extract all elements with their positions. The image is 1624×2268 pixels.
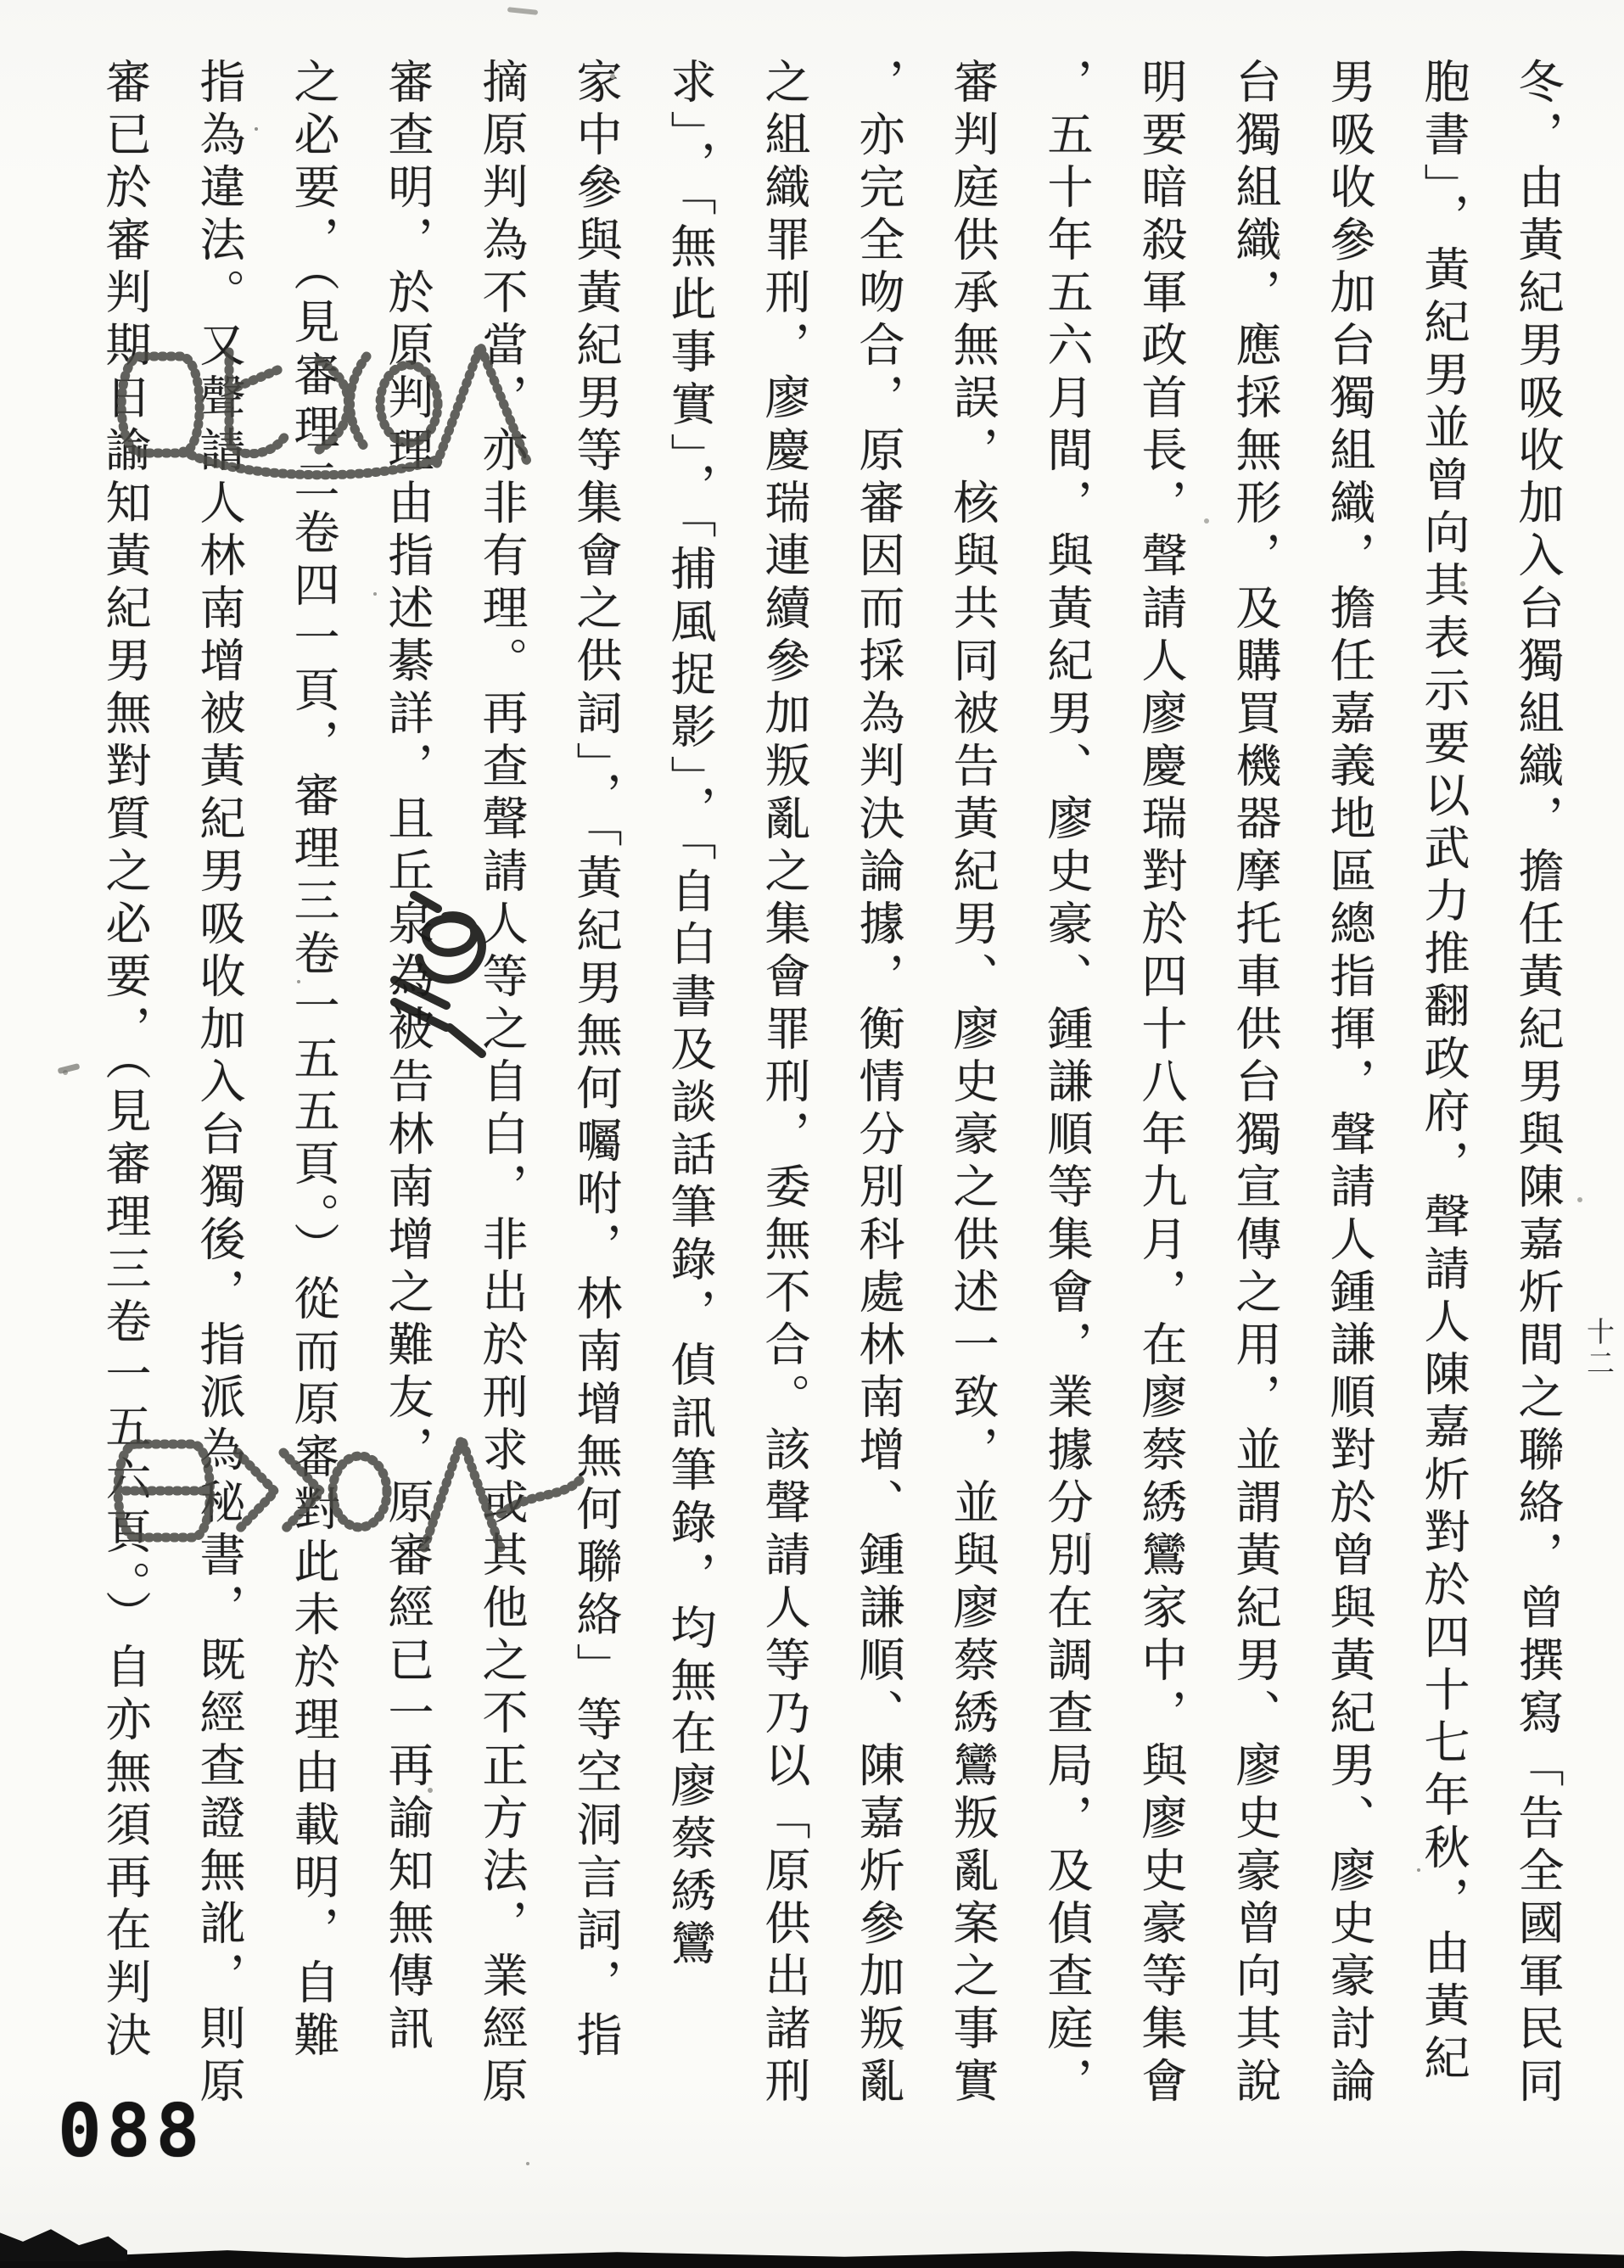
text-column: 胞書」，黃紀男並曾向其表示要以武力推翻政府，聲請人陳嘉炘對於四十七年秋，由黃紀 xyxy=(1397,58,1491,2187)
text-column: 台獨組織，應採無形，及購買機器摩托車供台獨宣傳之用，並謂黃紀男、廖史豪曾向其說 xyxy=(1208,58,1302,2187)
scan-noise-specks xyxy=(255,127,258,131)
text-column: ，五十年五六月間，與黃紀男、廖史豪、鍾謙順等集會，業據分別在調查局，及偵查庭， xyxy=(1020,58,1114,2187)
text-column: ，亦完全吻合，原審因而採為判決論據，衡情分別科處林南增、鍾謙順、陳嘉炘參加叛亂 xyxy=(832,58,926,2187)
judgment-text-block: 冬，由黃紀男吸收加入台獨組織，擔任黃紀男與陳嘉炘間之聯絡，曾撰寫「告全國軍民同胞… xyxy=(78,58,1585,2187)
text-column: 男吸收參加台獨組織，擔任嘉義地區總指揮，聲請人鍾謙順對於曾與黃紀男、廖史豪討論 xyxy=(1302,58,1397,2187)
scan-edge-artifact xyxy=(0,2249,1624,2268)
page-number-stamp: 088 xyxy=(58,2089,204,2174)
folio-number: 十二 xyxy=(1579,1317,1619,1380)
stray-edge-mark xyxy=(507,7,538,15)
text-column: 之組織罪刑，廖慶瑞連續參加叛亂之集會罪刑，委無不合。該聲請人等乃以「原供出諸刑 xyxy=(737,58,832,2187)
scanned-judgment-page-body: { "page": { "folio_label": "十二", "page_n… xyxy=(0,0,1624,2268)
text-column: 求」，「無此事實」，「捕風捉影」，「自白書及談話筆錄，偵訊筆錄，均無在廖蔡綉鸞 xyxy=(643,58,737,2187)
text-column: 冬，由黃紀男吸收加入台獨組織，擔任黃紀男與陳嘉炘間之聯絡，曾撰寫「告全國軍民同 xyxy=(1491,58,1585,2187)
text-column: 審查明，於原判理由指述綦詳，且丘泉為被告林南增之難友，原審經已一再諭知無傳訊 xyxy=(361,58,455,2187)
text-column: 家中參與黃紀男等集會之供詞」，「黃紀男無何囑咐，林南增無何聯絡」等空洞言詞，指 xyxy=(549,58,643,2187)
text-column: 審已於審判期日諭知黃紀男無對質之必要，（見審理三卷一五六頁。）自亦無須再在判決 xyxy=(78,58,172,2187)
text-column: 摘原判為不當，亦非有理。再查聲請人等之自白，非出於刑求或其他之不正方法，業經原 xyxy=(455,58,549,2187)
scan-edge-blotch xyxy=(0,2226,127,2261)
document-page: 冬，由黃紀男吸收加入台獨組織，擔任黃紀男與陳嘉炘間之聯絡，曾撰寫「告全國軍民同胞… xyxy=(0,0,1624,2268)
text-column: 明要暗殺軍政首長，聲請人廖慶瑞對於四十八年九月，在廖蔡綉鸞家中，與廖史豪等集會 xyxy=(1114,58,1208,2187)
text-column: 審判庭供承無誤，核與共同被告黃紀男、廖史豪之供述一致，並與廖蔡綉鸞叛亂案之事實 xyxy=(926,58,1020,2187)
stray-pencil-mark xyxy=(58,1063,81,1074)
text-column: 指為違法。又聲請人林南增被黃紀男吸收加入台獨後，指派為秘書，既經查證無訛，則原 xyxy=(172,58,266,2187)
text-column: 之必要，（見審理二卷四一頁，審理三卷一五五頁。）從而原審對此未於理由載明，自難 xyxy=(266,58,361,2187)
